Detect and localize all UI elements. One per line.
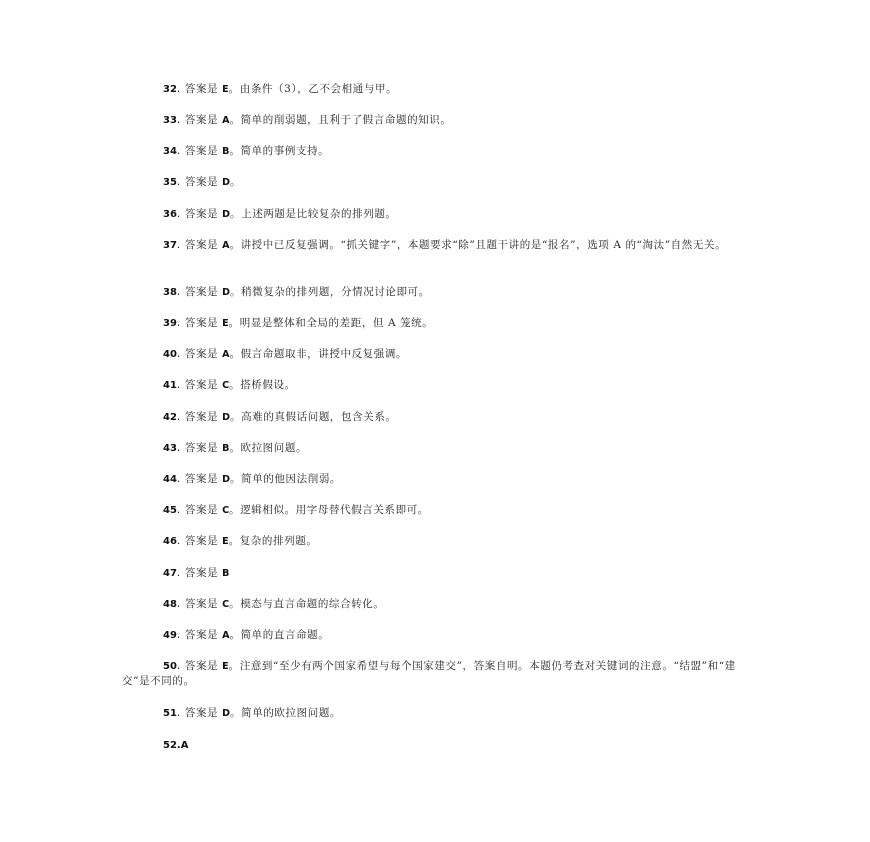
answer-letter: A: [181, 740, 189, 751]
item-number: 52: [163, 740, 177, 751]
answer-explanation: 。: [230, 176, 241, 188]
item-number: 46: [163, 536, 177, 547]
item-separator: .: [177, 660, 181, 672]
answer-prefix: 答案是: [185, 208, 222, 220]
answer-prefix: 答案是: [185, 317, 222, 329]
answer-letter: D: [222, 177, 230, 188]
item-separator: .: [177, 348, 181, 360]
item-number: 50: [163, 661, 177, 672]
item-number: 40: [163, 349, 177, 360]
answer-letter: B: [222, 568, 229, 579]
answer-letter: D: [222, 287, 230, 298]
answer-letter: D: [222, 474, 230, 485]
item-number: 38: [163, 287, 177, 298]
answer-item-47: 47.答案是 B: [122, 566, 752, 581]
item-separator: .: [177, 504, 181, 516]
answer-item-52: 52.A: [122, 738, 752, 753]
item-number: 32: [163, 84, 177, 95]
item-number: 45: [163, 505, 177, 516]
answer-explanation: 。简单的欧拉图问题。: [230, 707, 341, 719]
document-page: 32.答案是 E。由条件（3），乙不会相通与甲。 33.答案是 A。简单的削弱题…: [0, 0, 870, 842]
answer-explanation: 。复杂的排列题。: [229, 535, 318, 547]
item-separator: .: [177, 442, 181, 454]
answer-explanation: 。稍微复杂的排列题，分情况讨论即可。: [230, 286, 430, 298]
answer-item-36: 36.答案是 D。上述两题是比较复杂的排列题。: [122, 207, 752, 222]
answer-item-44: 44.答案是 D。简单的他因法削弱。: [122, 472, 752, 487]
answer-explanation: 。搭桥假设。: [229, 379, 296, 391]
item-number: 39: [163, 318, 177, 329]
answer-explanation: 。逻辑相似。用字母替代假言关系即可。: [229, 504, 429, 516]
answer-prefix: 答案是: [185, 286, 222, 298]
answer-explanation: 。简单的削弱题，且利于了假言命题的知识。: [229, 114, 451, 126]
answer-item-35: 35.答案是 D。: [122, 175, 752, 190]
item-number: 36: [163, 209, 177, 220]
item-number: 35: [163, 177, 177, 188]
answer-letter: D: [222, 209, 230, 220]
answer-explanation: 。上述两题是比较复杂的排列题。: [230, 208, 397, 220]
answer-explanation: 。明显是整体和全局的差距，但 A 笼统。: [229, 317, 434, 329]
answer-explanation: 。简单的事例支持。: [229, 145, 329, 157]
answer-item-46: 46.答案是 E。复杂的排列题。: [122, 534, 752, 549]
answer-explanation: 。简单的直言命题。: [229, 629, 329, 641]
answer-item-43: 43.答案是 B。欧拉图问题。: [122, 441, 752, 456]
item-separator: .: [177, 535, 181, 547]
answer-prefix: 答案是: [185, 707, 222, 719]
answer-explanation: 。简单的他因法削弱。: [230, 473, 341, 485]
answer-prefix: 答案是: [185, 504, 222, 516]
answer-item-50: 50.答案是 E。注意到“至少有两个国家希望与每个国家建交”，答案自明。本题仍考…: [122, 659, 752, 689]
item-number: 51: [163, 708, 177, 719]
item-separator: .: [177, 83, 181, 95]
answer-prefix: 答案是: [185, 660, 222, 672]
item-separator: .: [177, 567, 181, 579]
answer-prefix: 答案是: [185, 598, 222, 610]
answer-item-41: 41.答案是 C。搭桥假设。: [122, 378, 752, 393]
item-separator: .: [177, 411, 181, 423]
answer-item-37: 37.答案是 A。讲授中已反复强调。“抓关键字”，本题要求“除”且题干讲的是“报…: [122, 238, 752, 253]
answer-item-49: 49.答案是 A。简单的直言命题。: [122, 628, 752, 643]
item-separator: .: [177, 286, 181, 298]
answer-prefix: 答案是: [185, 442, 222, 454]
answer-prefix: 答案是: [185, 567, 222, 579]
item-separator: .: [177, 145, 181, 157]
answer-item-45: 45.答案是 C。逻辑相似。用字母替代假言关系即可。: [122, 503, 752, 518]
item-number: 42: [163, 412, 177, 423]
item-separator: .: [177, 239, 181, 251]
answer-prefix: 答案是: [185, 535, 222, 547]
answer-prefix: 答案是: [185, 114, 222, 126]
item-number: 44: [163, 474, 177, 485]
answer-prefix: 答案是: [185, 145, 222, 157]
answer-item-33: 33.答案是 A。简单的削弱题，且利于了假言命题的知识。: [122, 113, 752, 128]
answer-prefix: 答案是: [185, 473, 222, 485]
answer-explanation: 。模态与直言命题的综合转化。: [229, 598, 384, 610]
answer-prefix: 答案是: [185, 629, 222, 641]
answer-explanation: 。假言命题取非，讲授中反复强调。: [229, 348, 407, 360]
answer-explanation: 。由条件（3），乙不会相通与甲。: [229, 83, 398, 95]
item-separator: .: [177, 379, 181, 391]
item-separator: .: [177, 629, 181, 641]
answer-item-42: 42.答案是 D。高难的真假话问题，包含关系。: [122, 410, 752, 425]
answer-item-51: 51.答案是 D。简单的欧拉图问题。: [122, 706, 752, 721]
item-number: 34: [163, 146, 177, 157]
answer-explanation: 。高难的真假话问题，包含关系。: [230, 411, 397, 423]
item-separator: .: [177, 598, 181, 610]
item-number: 48: [163, 599, 177, 610]
answer-prefix: 答案是: [185, 348, 222, 360]
item-number: 33: [163, 115, 177, 126]
answer-item-39: 39.答案是 E。明显是整体和全局的差距，但 A 笼统。: [122, 316, 752, 331]
item-separator: .: [177, 208, 181, 220]
item-separator: .: [177, 176, 181, 188]
answer-letter: D: [222, 708, 230, 719]
answer-item-40: 40.答案是 A。假言命题取非，讲授中反复强调。: [122, 347, 752, 362]
answer-prefix: 答案是: [185, 239, 222, 251]
item-number: 49: [163, 630, 177, 641]
answer-item-38: 38.答案是 D。稍微复杂的排列题，分情况讨论即可。: [122, 285, 752, 300]
answer-explanation: 。欧拉图问题。: [229, 442, 307, 454]
item-number: 47: [163, 568, 177, 579]
answer-item-32: 32.答案是 E。由条件（3），乙不会相通与甲。: [122, 82, 752, 97]
answer-prefix: 答案是: [185, 379, 222, 391]
answer-explanation: 。讲授中已反复强调。“抓关键字”，本题要求“除”且题干讲的是“报名”，选项 A …: [229, 239, 726, 251]
item-number: 41: [163, 380, 177, 391]
answer-prefix: 答案是: [185, 176, 222, 188]
item-number: 43: [163, 443, 177, 454]
item-number: 37: [163, 240, 177, 251]
answer-letter: D: [222, 412, 230, 423]
item-separator: .: [177, 473, 181, 485]
item-separator: .: [177, 707, 181, 719]
answer-item-34: 34.答案是 B。简单的事例支持。: [122, 144, 752, 159]
answer-prefix: 答案是: [185, 411, 222, 423]
answer-prefix: 答案是: [185, 83, 222, 95]
item-separator: .: [177, 317, 181, 329]
answer-item-48: 48.答案是 C。模态与直言命题的综合转化。: [122, 597, 752, 612]
item-separator: .: [177, 114, 181, 126]
